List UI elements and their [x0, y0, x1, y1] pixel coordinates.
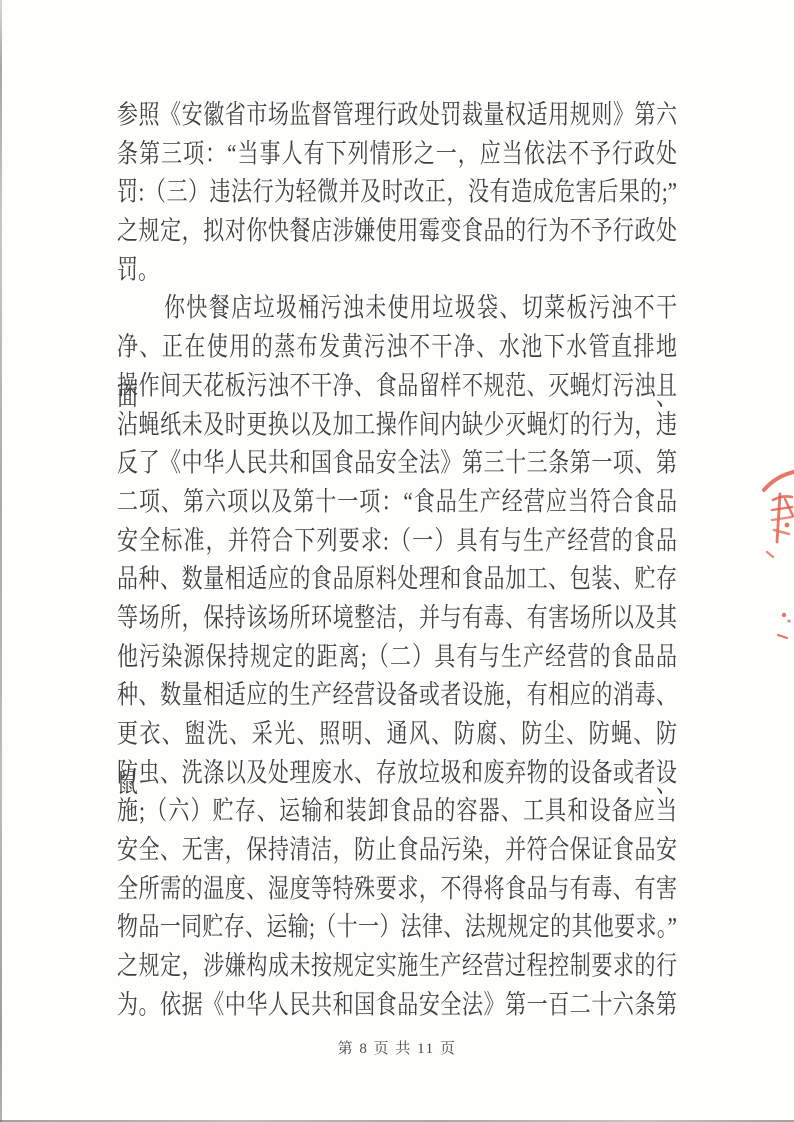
document-page: 参照《安徽省市场监督管理行政处罚裁量权适用规则》第六 条第三项：“当事人有下列情…	[0, 0, 794, 1122]
paragraph-1: 参照《安徽省市场监督管理行政处罚裁量权适用规则》第六 条第三项：“当事人有下列情…	[117, 96, 677, 289]
scan-edge-artifact	[0, 0, 2, 1122]
paragraph-2: 你快餐店垃圾桶污浊未使用垃圾袋、切菜板污浊不干 净、正在使用的蒸布发黄污浊不干净…	[117, 289, 677, 1024]
page-number-footer: 第 8 页 共 11 页	[0, 1037, 794, 1058]
red-seal-fragment-icon	[758, 464, 794, 654]
document-body: 参照《安徽省市场监督管理行政处罚裁量权适用规则》第六 条第三项：“当事人有下列情…	[117, 96, 677, 1025]
text-line: 为。依据《中华人民共和国食品安全法》第一百二十六条第	[117, 981, 677, 1030]
